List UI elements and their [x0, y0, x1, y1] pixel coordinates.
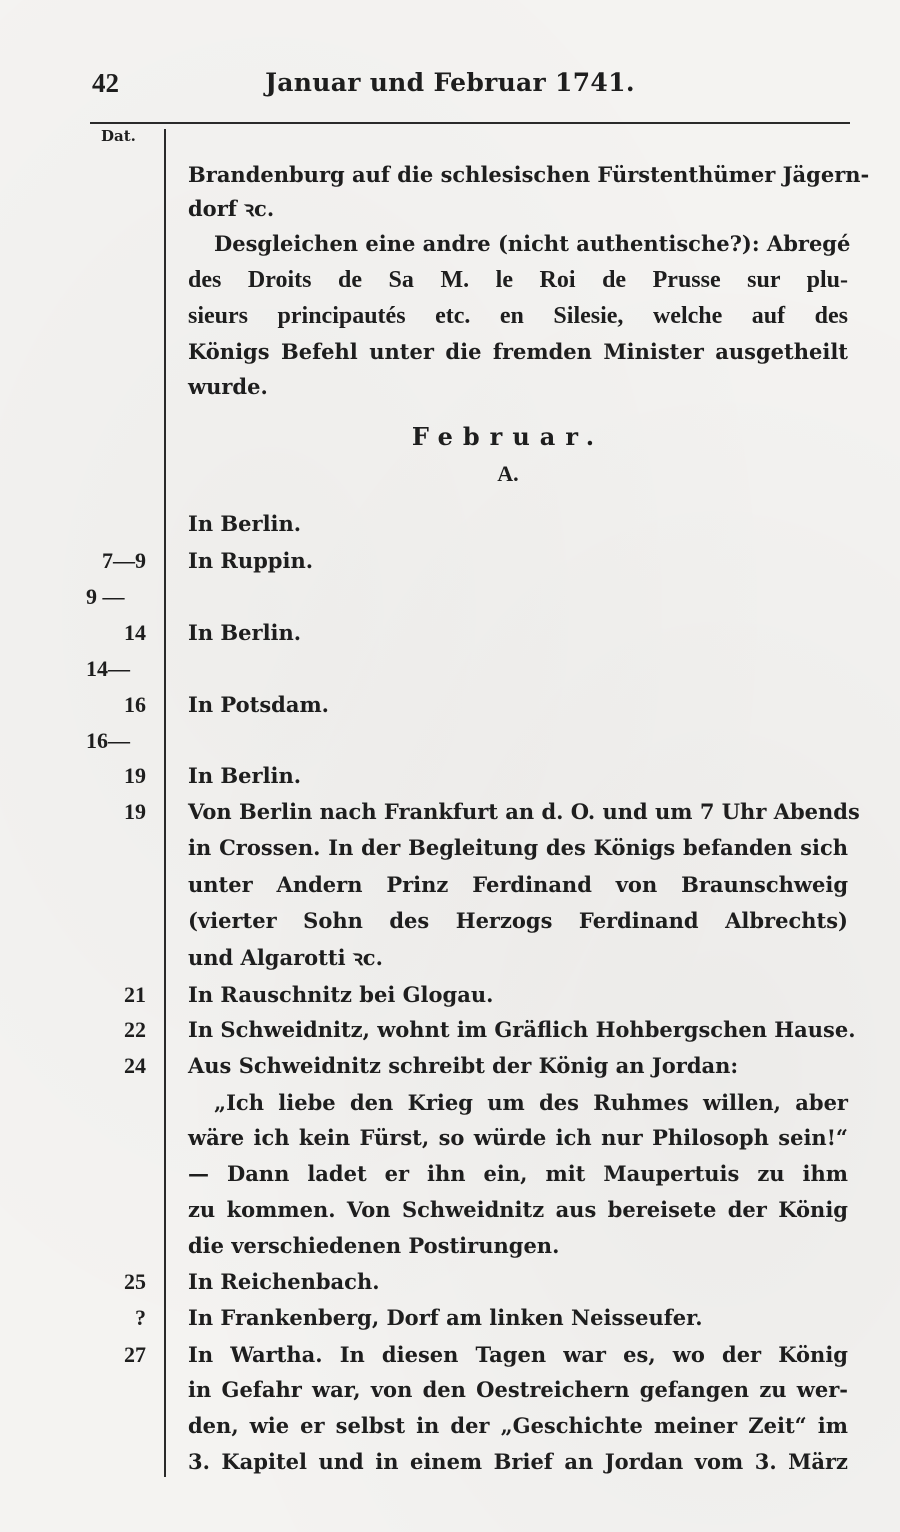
- entry-text: zu kommen. Von Schweidnitz aus bereisete…: [188, 1192, 848, 1228]
- entry-date: 9 —: [86, 579, 156, 615]
- entry-date: 14—: [86, 651, 156, 687]
- entry-date: 19: [76, 758, 146, 794]
- entry-text: die verschiedenen Postirungen.: [188, 1228, 848, 1264]
- entry-text: den, wie er selbst in der „Geschichte me…: [188, 1408, 848, 1444]
- entry-date: 14: [76, 615, 146, 651]
- entry-text: Von Berlin nach Frankfurt an d. O. und u…: [188, 794, 848, 830]
- text-line: des Droits de Sa M. le Roi de Prusse sur…: [188, 262, 848, 298]
- quote-line: wäre ich kein Fürst, so würde ich nur Ph…: [188, 1120, 848, 1156]
- entry-date: 27: [76, 1337, 146, 1373]
- date-column-label: Dat.: [101, 127, 136, 145]
- entry-text: In Berlin.: [188, 506, 848, 542]
- entry-date: 19: [76, 794, 146, 830]
- entry-date: 7—9: [76, 543, 146, 579]
- entry-date: 24: [76, 1048, 146, 1084]
- text-line: dorf ꝛc.: [188, 191, 848, 227]
- quote-line: „Ich liebe den Krieg um des Ruhmes wille…: [214, 1085, 848, 1121]
- entry-text: In Rauschnitz bei Glogau.: [188, 977, 848, 1013]
- entry-text: In Frankenberg, Dorf am linken Neisseufe…: [188, 1300, 848, 1336]
- entry-text: In Berlin.: [188, 758, 848, 794]
- entry-text: — Dann ladet er ihn ein, mit Maupertuis …: [188, 1156, 848, 1192]
- text-line: wurde.: [188, 369, 848, 405]
- entry-text: unter Andern Prinz Ferdinand von Braunsc…: [188, 867, 848, 903]
- running-title: Januar und Februar 1741.: [0, 68, 900, 97]
- month-heading: Februar.: [166, 422, 850, 451]
- entry-text: In Wartha. In diesen Tagen war es, wo de…: [188, 1337, 848, 1373]
- entry-date: 21: [76, 977, 146, 1013]
- book-page: 42 Januar und Februar 1741. Dat. Branden…: [0, 0, 900, 1532]
- entry-text: In Schweidnitz, wohnt im Gräflich Hohber…: [188, 1012, 848, 1048]
- entry-date: ?: [76, 1300, 146, 1336]
- entry-text: in Gefahr war, von den Oestreichern gefa…: [188, 1372, 848, 1408]
- entry-text: Aus Schweidnitz schreibt der König an Jo…: [188, 1048, 848, 1084]
- header-rule: [90, 122, 850, 124]
- entry-date: 22: [76, 1012, 146, 1048]
- entry-date: 16—: [86, 723, 156, 759]
- entry-text: In Reichenbach.: [188, 1264, 848, 1300]
- text-line: Brandenburg auf die schlesischen Fürsten…: [188, 157, 848, 193]
- text-line: Desgleichen eine andre (nicht authentisc…: [214, 226, 848, 262]
- entry-text: In Berlin.: [188, 615, 848, 651]
- entry-text: und Algarotti ꝛc.: [188, 940, 848, 976]
- text-line: sieurs principautés etc. en Silesie, wel…: [188, 298, 848, 334]
- section-heading: A.: [166, 461, 850, 487]
- entry-date: 16: [76, 687, 146, 723]
- text-line: Königs Befehl unter die fremden Minister…: [188, 334, 848, 370]
- entry-text: (vierter Sohn des Herzogs Ferdinand Albr…: [188, 903, 848, 939]
- column-divider: [164, 129, 166, 1477]
- entry-text: 3. Kapitel und in einem Brief an Jordan …: [188, 1444, 848, 1480]
- entry-date: 25: [76, 1264, 146, 1300]
- entry-text: In Potsdam.: [188, 687, 848, 723]
- entry-text: In Ruppin.: [188, 543, 848, 579]
- entry-text: in Crossen. In der Begleitung des Königs…: [188, 830, 848, 866]
